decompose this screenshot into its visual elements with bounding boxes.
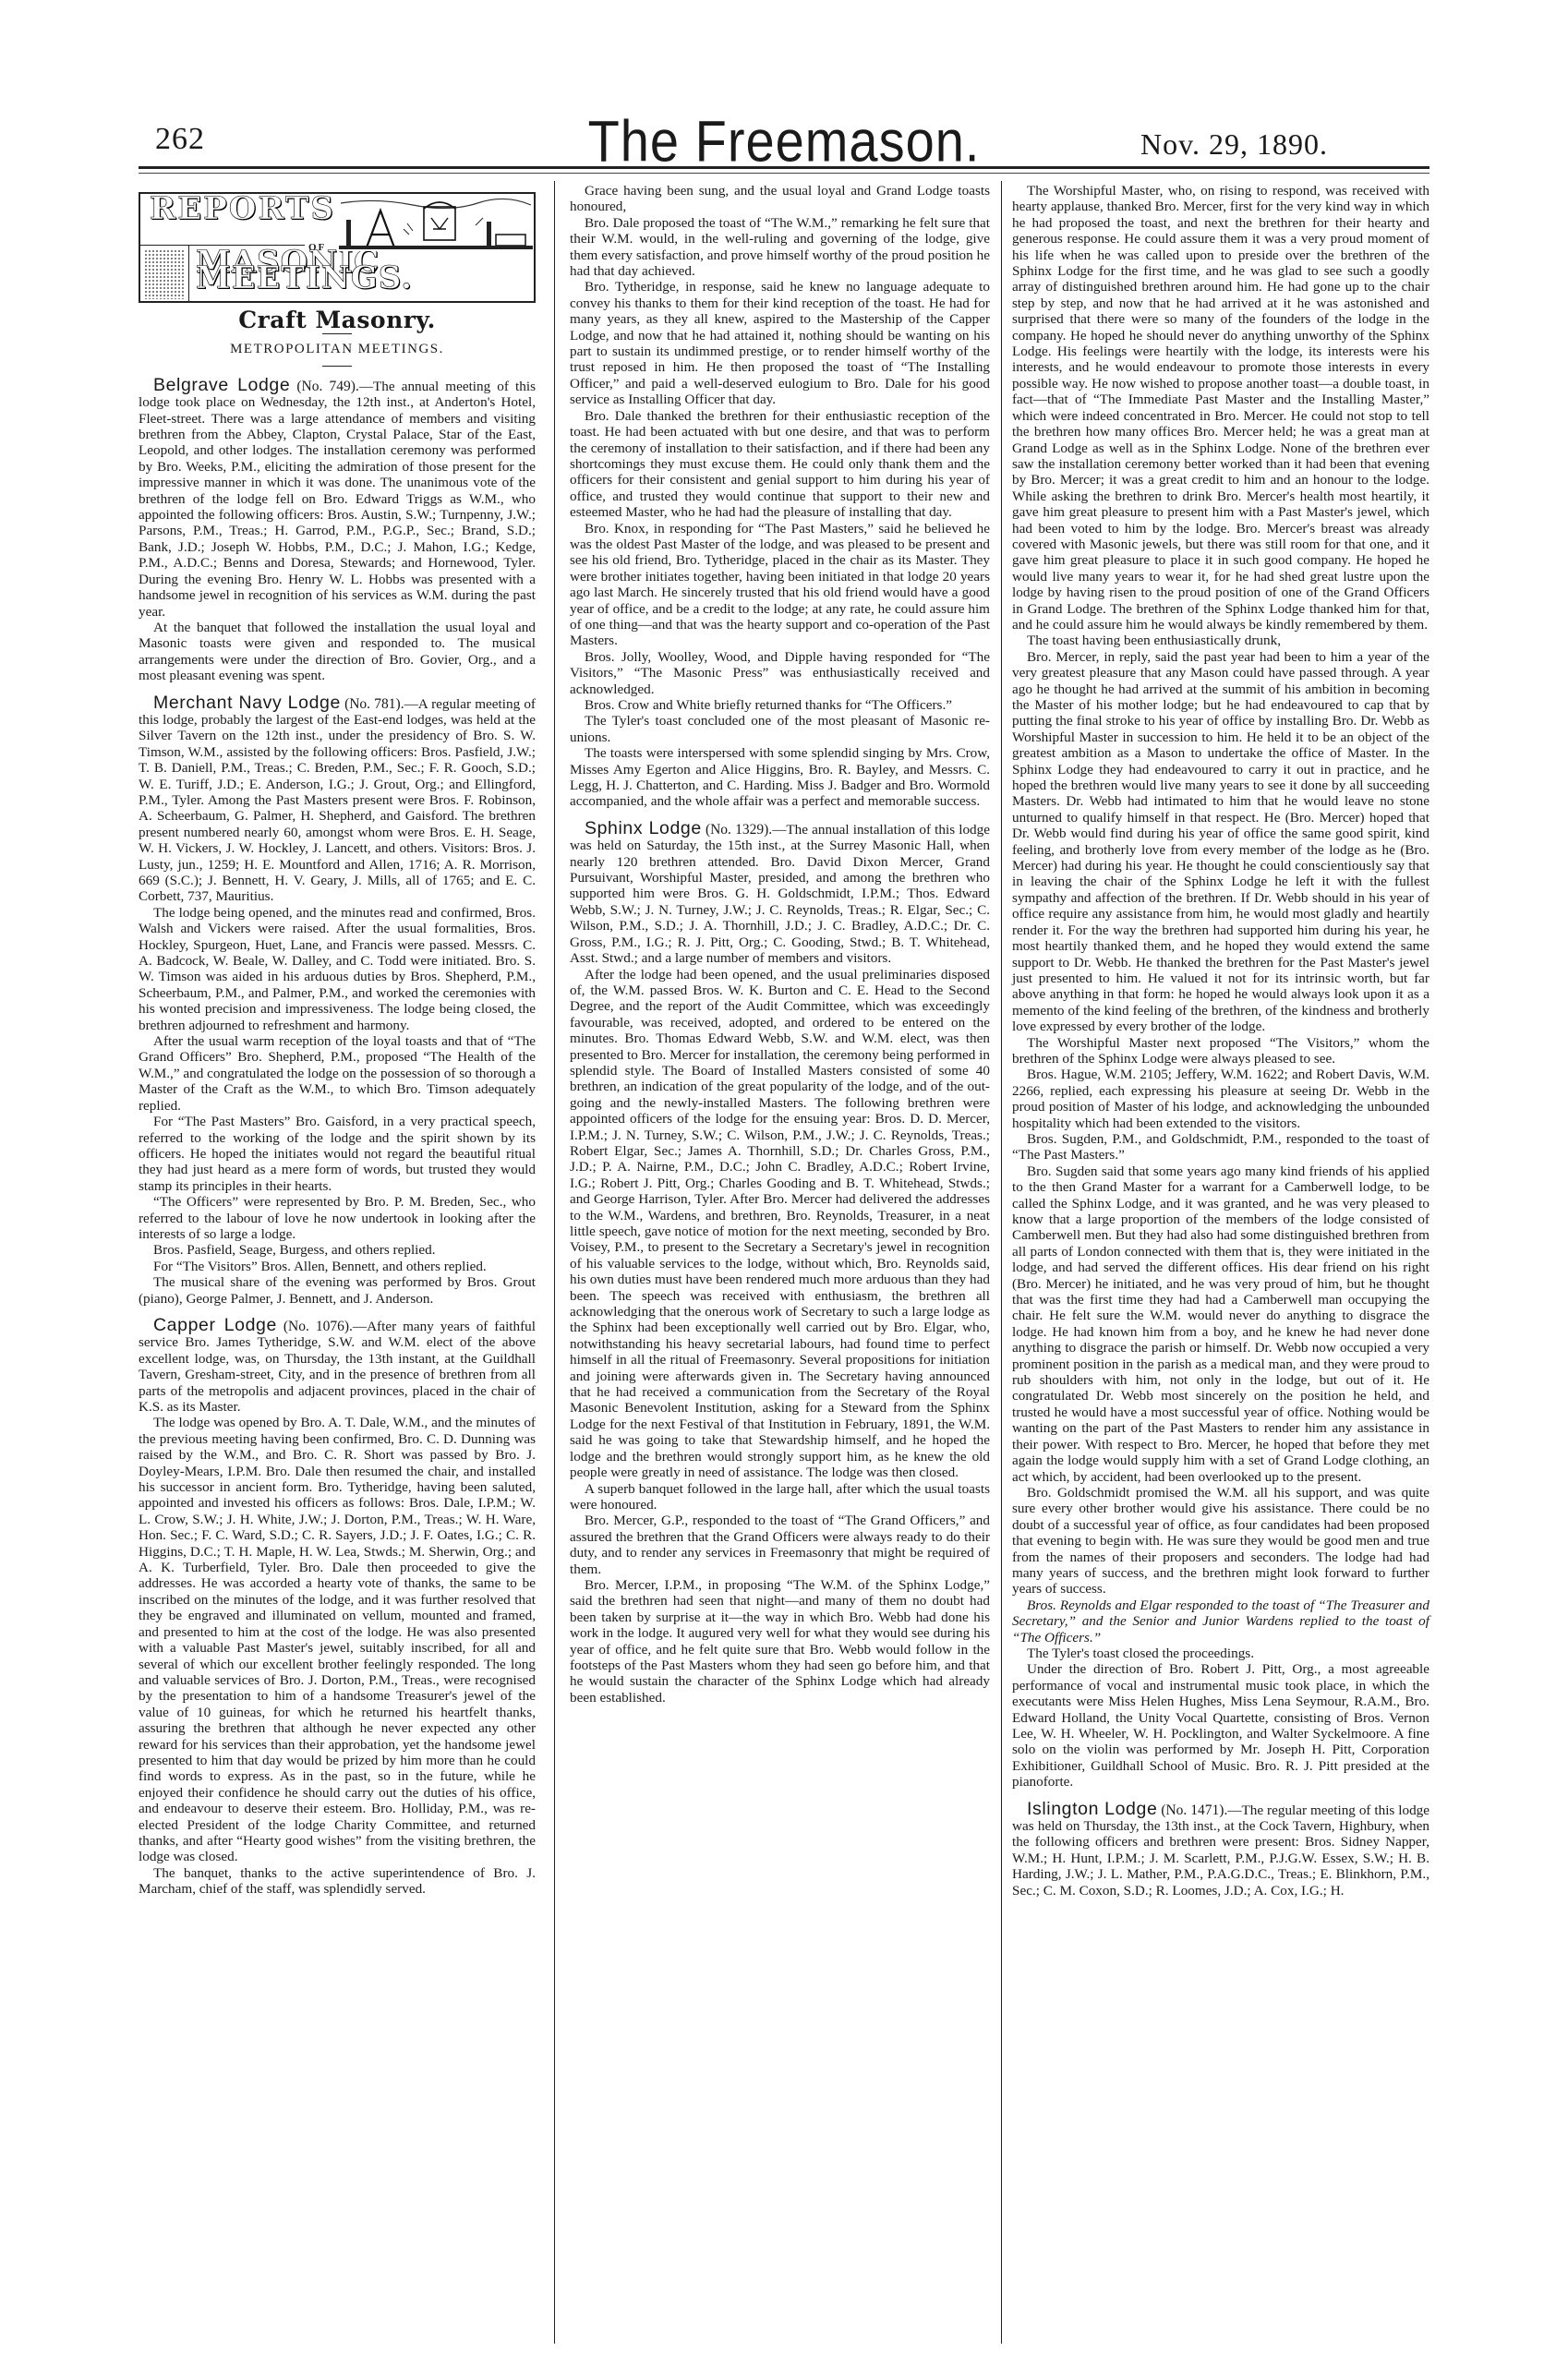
article-paragraph: The toast having been enthusiastically d… <box>1012 633 1429 648</box>
article-paragraph: Bros. Hague, W.M. 2105; Jeffery, W.M. 16… <box>1012 1067 1429 1131</box>
article-paragraph: Bros. Sugden, P.M., and Goldschmidt, P.M… <box>1012 1131 1429 1163</box>
banner-masonic-meetings-text: MASONIC MEETINGS. <box>196 255 534 287</box>
lodge-number: (No. 749). <box>296 379 358 394</box>
lodge-name: Capper Lodge <box>153 1315 277 1335</box>
article-paragraph: The Tyler's toast closed the proceedings… <box>1012 1646 1429 1661</box>
article-paragraph: For “The Past Masters” Bro. Gaisford, in… <box>139 1114 536 1194</box>
article-paragraph: A superb banquet followed in the large h… <box>570 1481 990 1513</box>
article-paragraph: At the banquet that followed the install… <box>139 620 536 684</box>
article-merchant-navy-lodge: Merchant Navy Lodge (No. 781).—A regular… <box>139 695 536 905</box>
article-paragraph: Bro. Tytheridge, in response, said he kn… <box>570 279 990 407</box>
article-paragraph: The Worshipful Master next proposed “The… <box>1012 1035 1429 1067</box>
article-paragraph: After the usual warm reception of the lo… <box>139 1033 536 1114</box>
article-paragraph: Grace having been sung, and the usual lo… <box>570 183 990 215</box>
masonic-emblems-illustration-icon <box>339 198 533 251</box>
article-paragraph: Bro. Mercer, I.P.M., in proposing “The W… <box>570 1577 990 1706</box>
section-heading: Craft Masonry. <box>139 312 536 328</box>
article-paragraph: For “The Visitors” Bros. Allen, Bennett,… <box>139 1259 536 1274</box>
article-islington-lodge: Islington Lodge (No. 1471).—The regular … <box>1012 1802 1429 1899</box>
column-divider <box>554 181 555 2344</box>
article-belgrave-lodge: Belgrave Lodge (No. 749).—The annual mee… <box>139 378 536 620</box>
article-paragraph: Bros. Crow and White briefly returned th… <box>570 697 990 713</box>
lodge-number: (No. 1076). <box>283 1319 353 1334</box>
article-paragraph: The toasts were interspersed with some s… <box>570 745 990 810</box>
masthead: 262 The Freemason. Nov. 29, 1890. <box>0 0 1568 159</box>
article-paragraph: Under the direction of Bro. Robert J. Pi… <box>1012 1661 1429 1790</box>
article-paragraph: “The Officers” were represented by Bro. … <box>139 1194 536 1242</box>
article-paragraph: Bro. Dale thanked the brethren for their… <box>570 408 990 521</box>
masthead-rule-thin <box>139 173 1429 174</box>
short-divider <box>322 366 352 367</box>
article-paragraph: Bros. Reynolds and Elgar responded to th… <box>1012 1597 1429 1646</box>
lodge-name: Belgrave Lodge <box>153 375 290 395</box>
lodge-name: Islington Lodge <box>1027 1799 1157 1819</box>
article-sphinx-lodge: Sphinx Lodge (No. 1329).—The annual inst… <box>570 821 990 967</box>
article-paragraph: Bro. Dale proposed the toast of “The W.M… <box>570 215 990 280</box>
reports-of-masonic-meetings-banner: REPORTS OF MASONIC MEETINGS. <box>139 192 536 303</box>
article-paragraph: Bros. Jolly, Woolley, Wood, and Dipple h… <box>570 649 990 697</box>
article-paragraph: Bro. Knox, in responding for “The Past M… <box>570 521 990 649</box>
article-paragraph: Bro. Goldschmidt promised the W.M. all h… <box>1012 1485 1429 1597</box>
lodge-number: (No. 1329). <box>706 822 772 838</box>
banner-divider <box>188 246 189 303</box>
banner-reports-text: REPORTS <box>150 201 335 217</box>
article-capper-lodge: Capper Lodge (No. 1076).—After many year… <box>139 1318 536 1415</box>
section-subheading: METROPOLITAN MEETINGS. <box>139 342 536 357</box>
column-left: REPORTS OF MASONIC MEETINGS. Craft Mason… <box>139 183 536 1898</box>
article-paragraph: The Tyler's toast concluded one of the m… <box>570 713 990 745</box>
lodge-name: Sphinx Lodge <box>585 818 702 838</box>
lodge-number: (No. 781). <box>344 696 404 712</box>
article-paragraph: The lodge being opened, and the minutes … <box>139 905 536 1033</box>
lodge-name: Merchant Navy Lodge <box>153 693 341 713</box>
column-divider <box>1001 181 1002 2344</box>
masthead-rule <box>139 166 1429 169</box>
article-paragraph: The banquet, thanks to the active superi… <box>139 1865 536 1898</box>
column-right: The Worshipful Master, who, on rising to… <box>1012 183 1429 1899</box>
compass-emblem-icon <box>144 249 185 299</box>
article-paragraph: —The annual installation of this lodge w… <box>570 822 990 966</box>
article-paragraph: The lodge was opened by Bro. A. T. Dale,… <box>139 1415 536 1864</box>
article-paragraph: Bro. Mercer, in reply, said the past yea… <box>1012 649 1429 1035</box>
article-paragraph: —The annual meeting of this lodge took p… <box>139 379 536 620</box>
publication-title: The Freemason. <box>0 107 1568 175</box>
lodge-number: (No. 1471). <box>1161 1802 1227 1818</box>
article-paragraph: Bro. Mercer, G.P., responded to the toas… <box>570 1513 990 1577</box>
article-paragraph: The Worshipful Master, who, on rising to… <box>1012 183 1429 633</box>
article-paragraph: After the lodge had been opened, and the… <box>570 967 990 1481</box>
article-paragraph: Bro. Sugden said that some years ago man… <box>1012 1163 1429 1485</box>
article-paragraph: The musical share of the evening was per… <box>139 1274 536 1307</box>
column-middle: Grace having been sung, and the usual lo… <box>570 183 990 1706</box>
article-paragraph: —A regular meeting of this lodge, probab… <box>139 696 536 905</box>
article-paragraph: Bros. Pasfield, Seage, Burgess, and othe… <box>139 1242 536 1258</box>
issue-date: Nov. 29, 1890. <box>1140 127 1328 162</box>
short-divider <box>322 333 352 334</box>
